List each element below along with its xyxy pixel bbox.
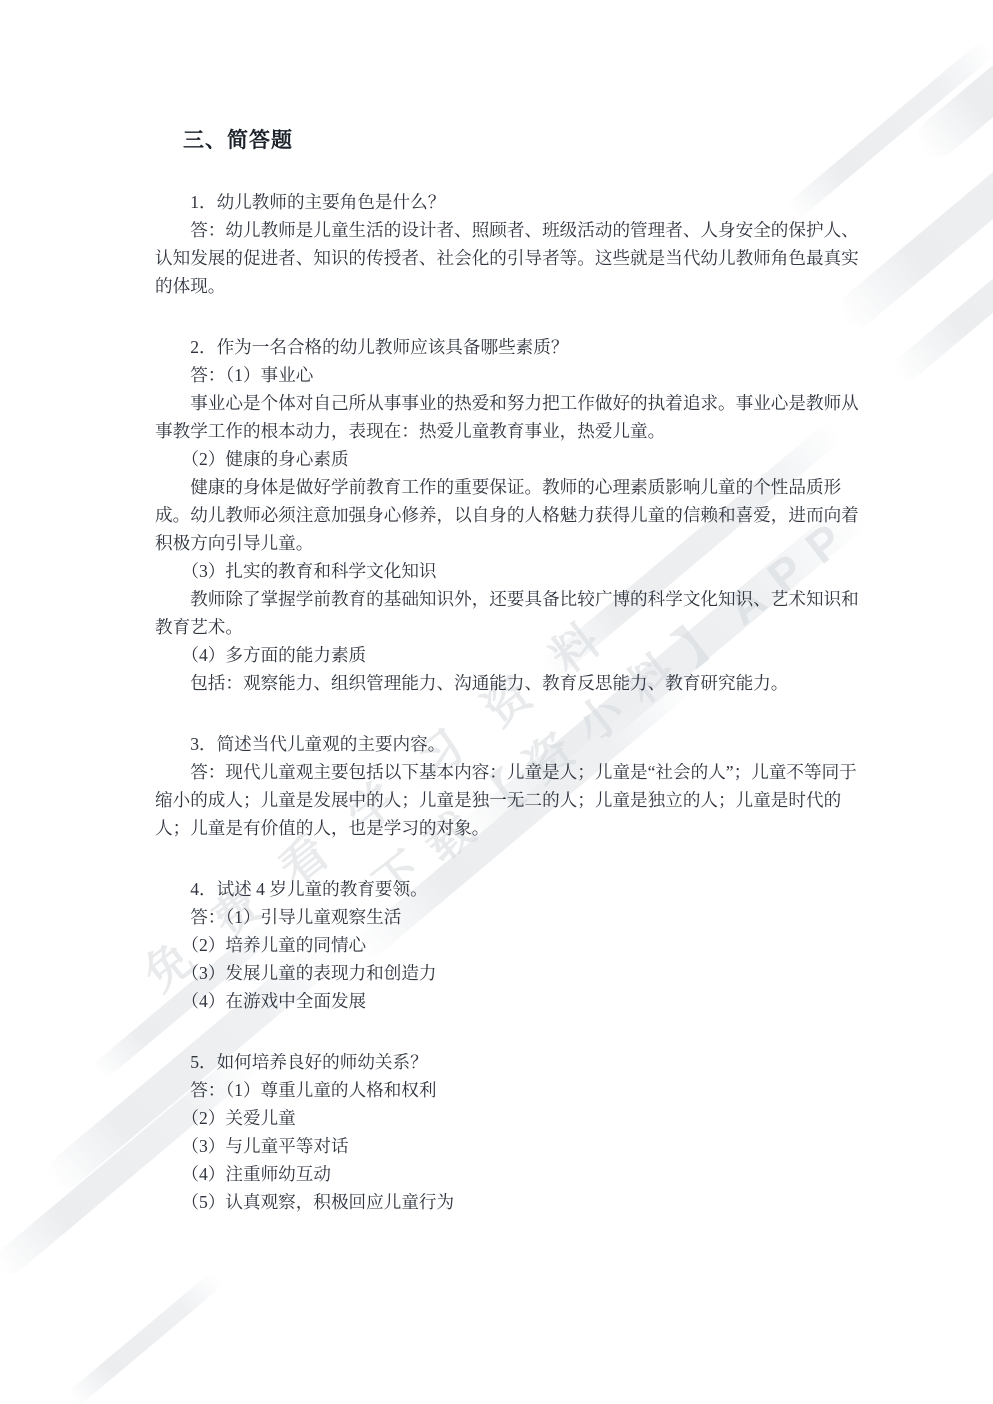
- answer-item: （3）发展儿童的表现力和创造力: [155, 959, 861, 987]
- answer-item: （4）多方面的能力素质: [155, 641, 861, 669]
- answer-item: （3）与儿童平等对话: [155, 1132, 861, 1160]
- answer-paragraph: 教师除了掌握学前教育的基础知识外，还要具备比较广博的科学文化知识、艺术知识和教育…: [155, 585, 861, 641]
- answer-paragraph: 答：（1）引导儿童观察生活: [155, 903, 861, 931]
- answer-item: （4）注重师幼互动: [155, 1160, 861, 1188]
- qa-section-2: 2．作为一名合格的幼儿教师应该具备哪些素质？ 答：（1）事业心 事业心是个体对自…: [155, 333, 861, 697]
- answer-item: （2）健康的身心素质: [155, 445, 861, 473]
- question-text: 4．试述 4 岁儿童的教育要领。: [155, 875, 861, 903]
- answer-paragraph: 健康的身体是做好学前教育工作的重要保证。教师的心理素质影响儿童的个性品质形成。幼…: [155, 473, 861, 557]
- answer-item: （3）扎实的教育和科学文化知识: [155, 557, 861, 585]
- question-text: 3．简述当代儿童观的主要内容。: [155, 730, 861, 758]
- answer-paragraph: 包括：观察能力、组织管理能力、沟通能力、教育反思能力、教育研究能力。: [155, 669, 861, 697]
- answer-paragraph: 答：（1）事业心: [155, 361, 861, 389]
- brush-stroke: [66, 1271, 223, 1404]
- document-page: 免费看学习资料 下载【资小料】APP 三、简答题 1．幼儿教师的主要角色是什么？…: [0, 0, 993, 1404]
- qa-section-1: 1．幼儿教师的主要角色是什么？ 答：幼儿教师是儿童生活的设计者、照顾者、班级活动…: [155, 188, 861, 300]
- qa-section-4: 4．试述 4 岁儿童的教育要领。 答：（1）引导儿童观察生活 （2）培养儿童的同…: [155, 875, 861, 1015]
- qa-section-3: 3．简述当代儿童观的主要内容。 答：现代儿童观主要包括以下基本内容：儿童是人；儿…: [155, 730, 861, 842]
- answer-item: （2）关爱儿童: [155, 1104, 861, 1132]
- answer-paragraph: 答：幼儿教师是儿童生活的设计者、照顾者、班级活动的管理者、人身安全的保护人、认知…: [155, 216, 861, 300]
- answer-item: （4）在游戏中全面发展: [155, 987, 861, 1015]
- question-text: 1．幼儿教师的主要角色是什么？: [155, 188, 861, 216]
- answer-paragraph: 事业心是个体对自己所从事事业的热爱和努力把工作做好的执着追求。事业心是教师从事教…: [155, 389, 861, 445]
- answer-item: （2）培养儿童的同情心: [155, 931, 861, 959]
- brush-stroke: [910, 0, 993, 165]
- answer-paragraph: 答：（1）尊重儿童的人格和权利: [155, 1076, 861, 1104]
- question-text: 5．如何培养良好的师幼关系？: [155, 1048, 861, 1076]
- document-content: 三、简答题 1．幼儿教师的主要角色是什么？ 答：幼儿教师是儿童生活的设计者、照顾…: [155, 128, 861, 1216]
- qa-section-5: 5．如何培养良好的师幼关系？ 答：（1）尊重儿童的人格和权利 （2）关爱儿童 （…: [155, 1048, 861, 1216]
- question-text: 2．作为一名合格的幼儿教师应该具备哪些素质？: [155, 333, 861, 361]
- section-heading: 三、简答题: [183, 128, 861, 154]
- brush-stroke: [889, 160, 993, 386]
- answer-paragraph: 答：现代儿童观主要包括以下基本内容：儿童是人；儿童是“社会的人”；儿童不等同于缩…: [155, 758, 861, 842]
- answer-item: （5）认真观察，积极回应儿童行为: [155, 1188, 861, 1216]
